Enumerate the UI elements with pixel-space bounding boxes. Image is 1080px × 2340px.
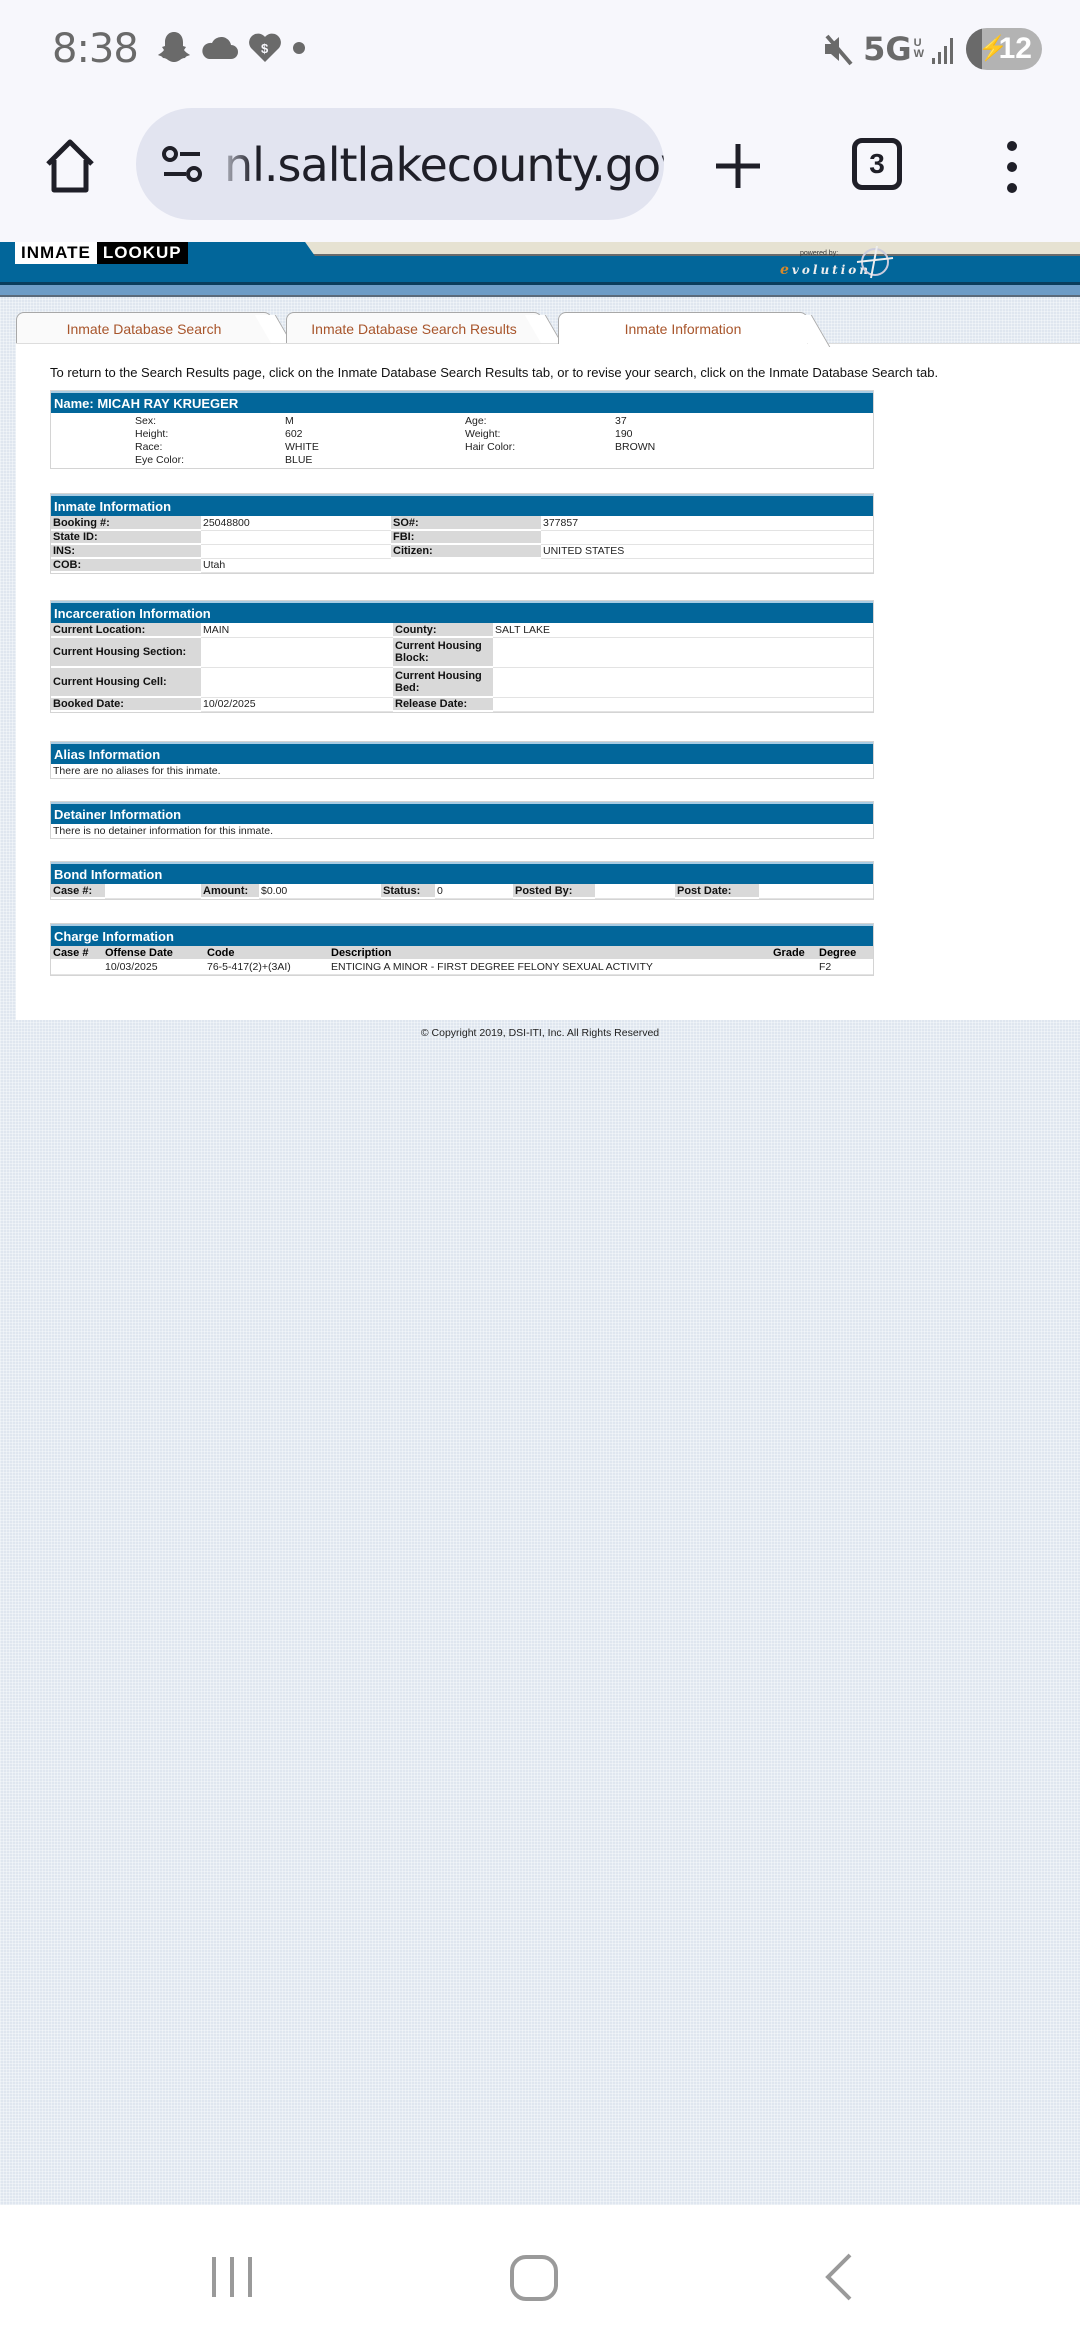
alias-message: There are no aliases for this inmate. — [51, 764, 873, 778]
detainer-information-section: Detainer Information There is no detaine… — [50, 801, 874, 839]
copyright-footer: © Copyright 2019, DSI-ITI, Inc. All Righ… — [0, 1027, 1080, 1039]
dot-icon — [292, 41, 306, 55]
more-menu-icon[interactable] — [1000, 140, 1024, 194]
section-heading: Bond Information — [51, 862, 873, 884]
network-type: 5G — [863, 30, 912, 68]
mute-icon — [821, 32, 855, 66]
site-banner: INMATELOOKUP powered by: evolution — [0, 242, 1080, 282]
bond-information-section: Bond Information Case #: Amount:$0.00 St… — [50, 861, 874, 900]
recent-apps-icon[interactable] — [210, 2255, 254, 2299]
section-heading: Alias Information — [51, 742, 873, 764]
web-page: INMATELOOKUP powered by: evolution Inmat… — [0, 242, 1080, 2205]
content-panel: To return to the Search Results page, cl… — [16, 343, 1080, 1020]
detainer-message: There is no detainer information for thi… — [51, 824, 873, 838]
clock: 8:38 — [52, 26, 138, 72]
table-header-row: Case #Offense DateCodeDescriptionGradeDe… — [51, 946, 873, 960]
bond-information-table: Case #: Amount:$0.00 Status:0 Posted By:… — [51, 884, 873, 899]
charge-information-section: Charge Information Case #Offense DateCod… — [50, 923, 874, 976]
home-icon[interactable] — [40, 136, 100, 196]
inmate-information-section: Inmate Information Booking #:25048800SO#… — [50, 493, 874, 574]
table-row: State ID:FBI: — [51, 530, 873, 544]
alias-information-section: Alias Information There are no aliases f… — [50, 741, 874, 779]
notification-icons: $ — [158, 30, 306, 66]
network-sub: UW — [914, 38, 924, 60]
new-tab-icon[interactable] — [712, 140, 764, 192]
powered-by-label: powered by: — [800, 250, 838, 257]
charge-information-table: Case #Offense DateCodeDescriptionGradeDe… — [51, 946, 873, 975]
back-icon[interactable] — [820, 2253, 856, 2301]
table-row: Booking #:25048800SO#:377857 — [51, 516, 873, 530]
system-nav-bar — [0, 2205, 1080, 2340]
signal-icon — [932, 34, 958, 64]
incarceration-information-table: Current Location:MAINCounty:SALT LAKE Cu… — [51, 623, 873, 712]
incarceration-information-section: Incarceration Information Current Locati… — [50, 600, 874, 713]
table-row: INS:Citizen:UNITED STATES — [51, 544, 873, 558]
table-row: Current Location:MAINCounty:SALT LAKE — [51, 623, 873, 637]
tab-inmate-information[interactable]: Inmate Information — [558, 312, 808, 344]
tab-switcher-button[interactable]: 3 — [852, 138, 902, 190]
table-row: 10/03/2025 76-5-417(2)+(3AI) ENTICING A … — [51, 960, 873, 974]
table-row: Booked Date:10/02/2025Release Date: — [51, 697, 873, 711]
table-row: Current Housing Cell:Current Housing Bed… — [51, 667, 873, 697]
url-text[interactable]: nl.saltlakecounty.gov — [224, 138, 664, 192]
tab-inmate-database-search-results[interactable]: Inmate Database Search Results — [286, 312, 542, 344]
section-heading: Incarceration Information — [51, 601, 873, 623]
address-bar[interactable]: nl.saltlakecounty.gov — [136, 108, 664, 220]
svg-text:$: $ — [261, 41, 269, 56]
tab-inmate-database-search[interactable]: Inmate Database Search — [16, 312, 272, 344]
snapchat-icon — [158, 30, 190, 66]
section-heading: Inmate Information — [51, 494, 873, 516]
home-button[interactable] — [510, 2255, 558, 2301]
site-settings-icon[interactable] — [160, 142, 206, 188]
heart-icon: $ — [248, 32, 282, 64]
table-row: COB:Utah — [51, 558, 873, 572]
table-row: Case #: Amount:$0.00 Status:0 Posted By:… — [51, 884, 873, 898]
browser-toolbar: nl.saltlakecounty.gov 3 — [0, 100, 1080, 242]
status-bar: 8:38 $ 5G UW ⚡ 12 — [0, 0, 1080, 100]
vendor-emblem-icon — [855, 244, 895, 280]
section-heading: Charge Information — [51, 924, 873, 946]
physical-description: Sex:MAge:37 Height:602Weight:190 Race:WH… — [51, 413, 873, 468]
inmate-information-table: Booking #:25048800SO#:377857 State ID:FB… — [51, 516, 873, 573]
cloud-icon — [200, 35, 238, 61]
section-heading: Detainer Information — [51, 802, 873, 824]
name-section: Name: MICAH RAY KRUEGER Sex:MAge:37 Heig… — [50, 390, 874, 469]
battery-indicator: ⚡ 12 — [966, 28, 1042, 70]
table-row: Current Housing Section:Current Housing … — [51, 637, 873, 667]
instructions-text: To return to the Search Results page, cl… — [50, 365, 938, 380]
inmate-name-heading: Name: MICAH RAY KRUEGER — [51, 391, 873, 413]
site-logo: INMATELOOKUP — [15, 242, 188, 264]
